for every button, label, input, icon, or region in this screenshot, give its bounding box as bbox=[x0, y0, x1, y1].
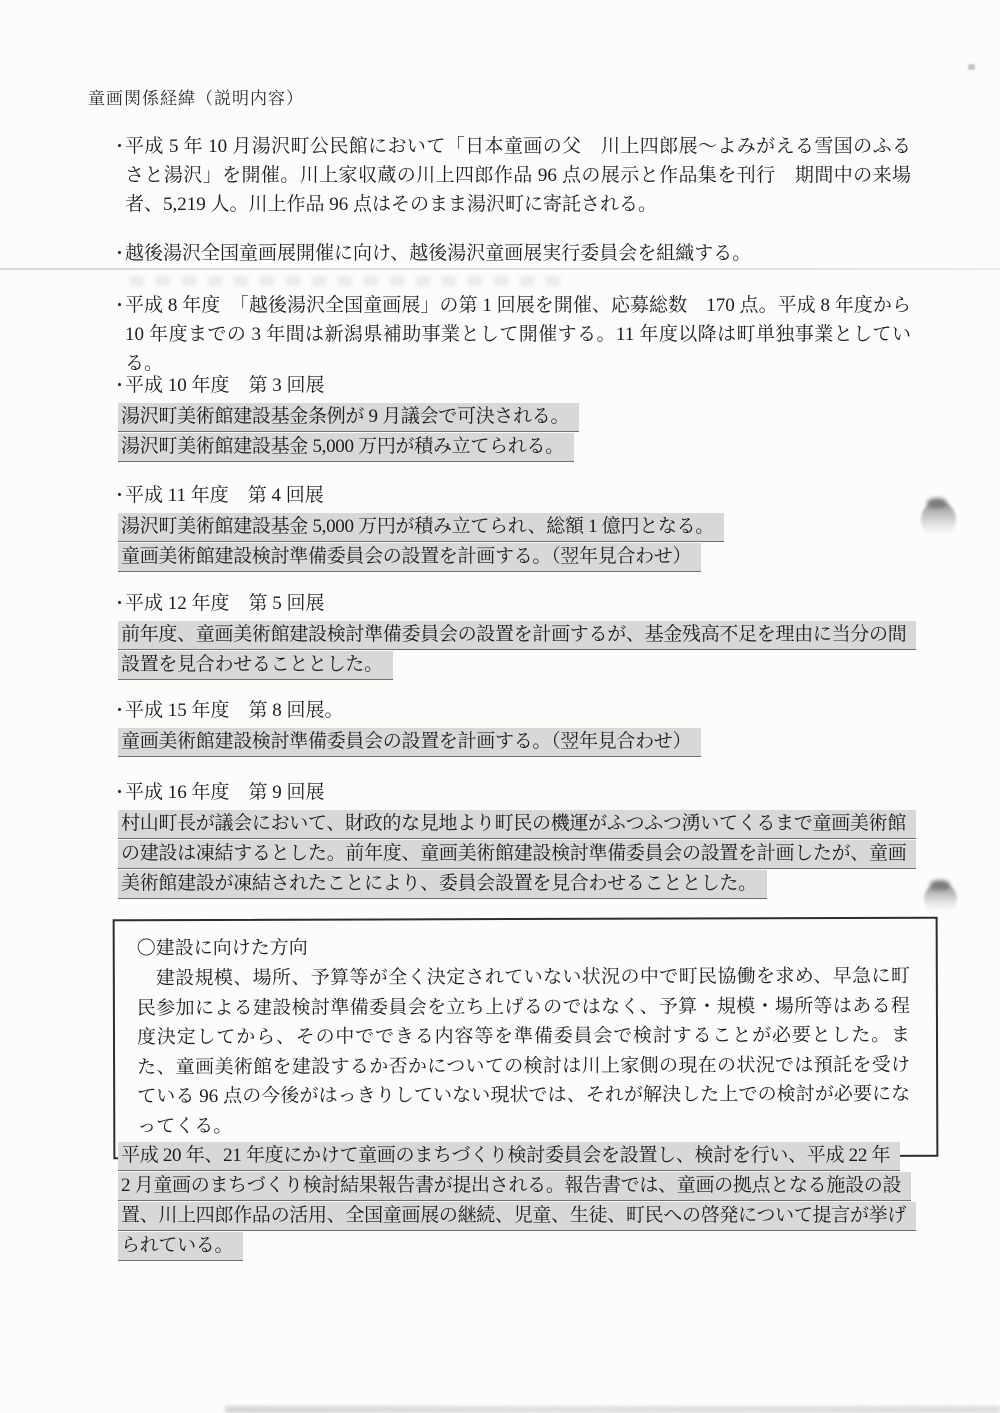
year-section-heisei15: ・ 平成 15 年度 第 8 回展。 童画美術館建設検討準備委員会の設置を計画す… bbox=[111, 696, 971, 758]
bullet-marker: ・ bbox=[111, 291, 125, 320]
section-heading-text: 平成 16 年度 第 9 回展 bbox=[125, 782, 325, 803]
highlight-row: られている。 bbox=[118, 1232, 916, 1262]
section-heading: ・ 平成 10 年度 第 3 回展 bbox=[111, 371, 971, 400]
bullet-marker: ・ bbox=[111, 132, 125, 161]
bullet-paragraph-heisei5: ・ 平成 5 年 10 月湯沢町公民館において「日本童画の父 川上四郎展～よみが… bbox=[111, 132, 911, 219]
section-heading: ・ 平成 12 年度 第 5 回展 bbox=[111, 589, 971, 618]
year-section-heisei10: ・ 平成 10 年度 第 3 回展 湯沢町美術館建設基金条例が 9 月議会で可決… bbox=[111, 371, 971, 463]
bullet-paragraph-heisei8: ・ 平成 8 年度 「越後湯沢全国童画展」の第 1 回展を開催、応募総数 170… bbox=[111, 291, 911, 378]
highlight-row: 湯沢町美術館建設基金 5,000 万円が積み立てられる。 bbox=[118, 433, 971, 463]
highlight-row: 平成 20 年、21 年度にかけて童画のまちづくり検討委員会を設置し、検討を行い… bbox=[118, 1142, 916, 1172]
paragraph-text: 平成 5 年 10 月湯沢町公民館において「日本童画の父 川上四郎展～よみがえる… bbox=[125, 136, 911, 215]
section-heading-text: 平成 11 年度 第 4 回展 bbox=[125, 485, 324, 506]
paragraph-text: 越後湯沢全国童画展開催に向け、越後湯沢童画展実行委員会を組織する。 bbox=[125, 243, 751, 264]
document-title: 童画関係経緯（説明内容） bbox=[88, 84, 304, 109]
highlight-row: 童画美術館建設検討準備委員会の設置を計画する。（翌年見合わせ） bbox=[118, 543, 971, 573]
highlight-row: 前年度、童画美術館建設検討準備委員会の設置を計画するが、基金残高不足を理由に当分… bbox=[118, 621, 971, 651]
highlight-line: 童画美術館建設検討準備委員会の設置を計画する。（翌年見合わせ） bbox=[118, 543, 701, 572]
highlight-line: 美術館建設が凍結されたことにより、委員会設置を見合わせることとした。 bbox=[118, 870, 767, 899]
bullet-marker: ・ bbox=[111, 696, 125, 725]
box-body-text: 建設規模、場所、予算等が全く決定されていない状況の中で町民協働を求め、早急に町民… bbox=[137, 962, 911, 1141]
highlight-row: の建設は凍結するとした。前年度、童画美術館建設検討準備委員会の設置を計画したが、… bbox=[118, 840, 971, 870]
highlight-line: 湯沢町美術館建設基金 5,000 万円が積み立てられ、総額 1 億円となる。 bbox=[118, 513, 724, 542]
section-heading: ・ 平成 11 年度 第 4 回展 bbox=[111, 481, 971, 510]
section-heading-text: 平成 15 年度 第 8 回展。 bbox=[125, 700, 344, 721]
highlight-row: 置、川上四郎作品の活用、全国童画展の継続、児童、生徒、町民への啓発について提言が… bbox=[118, 1202, 916, 1232]
highlight-line: 童画美術館建設検討準備委員会の設置を計画する。（翌年見合わせ） bbox=[118, 728, 701, 757]
highlight-line: 前年度、童画美術館建設検討準備委員会の設置を計画するが、基金残高不足を理由に当分… bbox=[118, 621, 916, 650]
highlight-line: られている。 bbox=[118, 1232, 243, 1261]
highlight-line: 平成 20 年、21 年度にかけて童画のまちづくり検討委員会を設置し、検討を行い… bbox=[118, 1142, 900, 1171]
bullet-marker: ・ bbox=[111, 589, 125, 618]
box-heading: 〇建設に向けた方向 bbox=[137, 932, 910, 964]
highlight-row: 村山町長が議会において、財政的な見地より町民の機運がふつふつ湧いてくるまで童画美… bbox=[118, 810, 971, 840]
section-heading-text: 平成 10 年度 第 3 回展 bbox=[125, 375, 325, 396]
highlight-line: 湯沢町美術館建設基金 5,000 万円が積み立てられる。 bbox=[118, 433, 574, 462]
bullet-marker: ・ bbox=[111, 481, 125, 510]
bullet-paragraph-committee: ・ 越後湯沢全国童画展開催に向け、越後湯沢童画展実行委員会を組織する。 bbox=[111, 239, 911, 268]
ink-bleed-smudge bbox=[130, 276, 560, 286]
highlight-row: 設置を見合わせることとした。 bbox=[118, 651, 971, 681]
bullet-marker: ・ bbox=[111, 778, 125, 807]
year-section-heisei11: ・ 平成 11 年度 第 4 回展 湯沢町美術館建設基金 5,000 万円が積み… bbox=[111, 481, 971, 573]
scanned-document-page: 童画関係経緯（説明内容） ・ 平成 5 年 10 月湯沢町公民館において「日本童… bbox=[0, 0, 1000, 1413]
section-heading: ・ 平成 16 年度 第 9 回展 bbox=[111, 778, 971, 807]
scan-edge-shadow bbox=[225, 1406, 1000, 1413]
highlight-line: 設置を見合わせることとした。 bbox=[118, 651, 393, 680]
highlight-row: 2 月童画のまちづくり検討結果報告書が提出される。報告書では、童画の拠点となる施… bbox=[118, 1172, 916, 1202]
section-heading: ・ 平成 15 年度 第 8 回展。 bbox=[111, 696, 971, 725]
scan-fold-line bbox=[0, 268, 1000, 270]
section-heading-text: 平成 12 年度 第 5 回展 bbox=[125, 593, 325, 614]
highlight-row: 童画美術館建設検討準備委員会の設置を計画する。（翌年見合わせ） bbox=[118, 728, 971, 758]
bullet-marker: ・ bbox=[111, 371, 125, 400]
highlight-row: 湯沢町美術館建設基金 5,000 万円が積み立てられ、総額 1 億円となる。 bbox=[118, 513, 971, 543]
year-section-heisei16: ・ 平成 16 年度 第 9 回展 村山町長が議会において、財政的な見地より町民… bbox=[111, 778, 971, 900]
scan-speck bbox=[968, 64, 975, 70]
bullet-marker: ・ bbox=[111, 239, 125, 268]
highlight-line: 村山町長が議会において、財政的な見地より町民の機運がふつふつ湧いてくるまで童画美… bbox=[118, 810, 916, 839]
highlight-row: 美術館建設が凍結されたことにより、委員会設置を見合わせることとした。 bbox=[118, 870, 971, 900]
construction-direction-box: 〇建設に向けた方向 建設規模、場所、予算等が全く決定されていない状況の中で町民協… bbox=[113, 917, 939, 1160]
final-highlight-paragraph: 平成 20 年、21 年度にかけて童画のまちづくり検討委員会を設置し、検討を行い… bbox=[118, 1142, 916, 1262]
year-section-heisei12: ・ 平成 12 年度 第 5 回展 前年度、童画美術館建設検討準備委員会の設置を… bbox=[111, 589, 971, 681]
highlight-row: 湯沢町美術館建設基金条例が 9 月議会で可決される。 bbox=[118, 403, 971, 433]
highlight-line: 湯沢町美術館建設基金条例が 9 月議会で可決される。 bbox=[118, 403, 579, 432]
highlight-line: 置、川上四郎作品の活用、全国童画展の継続、児童、生徒、町民への啓発について提言が… bbox=[118, 1202, 916, 1231]
highlight-line: の建設は凍結するとした。前年度、童画美術館建設検討準備委員会の設置を計画したが、… bbox=[118, 840, 916, 869]
paragraph-text: 平成 8 年度 「越後湯沢全国童画展」の第 1 回展を開催、応募総数 170 点… bbox=[125, 295, 911, 374]
highlight-line: 2 月童画のまちづくり検討結果報告書が提出される。報告書では、童画の拠点となる施… bbox=[118, 1172, 911, 1201]
